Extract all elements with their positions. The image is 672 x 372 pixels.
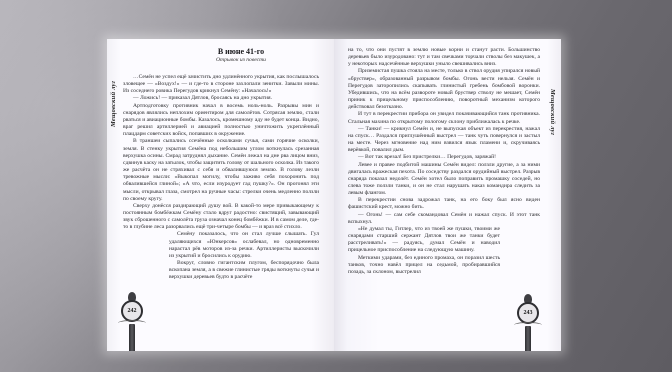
- paragraph: Приземистая пушка стояла на месте, тольк…: [348, 68, 540, 111]
- paragraph: …Семён не успел ещё зачистить дно удлинё…: [123, 74, 319, 95]
- page-number: 243: [517, 302, 539, 324]
- page-number-emblem-right: 243: [517, 294, 539, 351]
- paragraph: В перекрестии снова задрожал танк, на ег…: [348, 197, 540, 211]
- emblem-sword-icon: [129, 324, 135, 351]
- chapter-title: В июне 41-го: [163, 47, 319, 57]
- book-spread: Мещовский луг В июне 41-го Отрывок из по…: [107, 39, 561, 351]
- paragraph: — Ложись! — приказал Дятлов, бросаясь на…: [123, 95, 319, 102]
- paragraph: — Танки! — крикнул Семён и, не выпуская …: [348, 126, 540, 155]
- paragraph: И тут в перекрестии прибора он увидел по…: [348, 111, 540, 125]
- left-page-text: В июне 41-го Отрывок из повести …Семён н…: [123, 47, 319, 282]
- running-head-right: Мещовский луг: [549, 89, 556, 134]
- emblem-sword-icon: [525, 326, 531, 351]
- paragraph: Левее и правее подбитой машины Семён вид…: [348, 162, 540, 198]
- paragraph: — Вот так врезал! Без пристрелки… Перегу…: [348, 154, 540, 161]
- page-number: 242: [121, 300, 143, 322]
- chapter-subtitle: Отрывок из повести: [163, 57, 319, 64]
- paragraph: на то, что они пустят в землю новые корн…: [348, 47, 540, 68]
- paragraph: В траншеи сыпались ссечённые осколками с…: [123, 138, 319, 202]
- paragraph: Артподготовку противник начал в восемь н…: [123, 103, 319, 139]
- paragraph: Семёну показалось, что он стал лучше слы…: [169, 231, 319, 260]
- right-page-text: на то, что они пустят в землю новые корн…: [348, 47, 540, 276]
- paragraph: Меткими ударами, без единого промаха, он…: [348, 255, 500, 276]
- right-page: Мещовский луг на то, что они пустят в зе…: [334, 39, 561, 351]
- left-page: Мещовский луг В июне 41-го Отрывок из по…: [107, 39, 334, 351]
- paragraph: «Не думал ты, Гитлер, что из твоей же пу…: [348, 226, 500, 255]
- paragraph: — Огонь! — сам себе скомандовал Семён и …: [348, 212, 540, 226]
- page-number-emblem-left: 242: [121, 292, 143, 351]
- paragraph: Сверху донёсся раздирающий душу вой. В к…: [123, 203, 319, 232]
- paragraph: Вокруг, словно гигантским плугом, беспор…: [169, 260, 319, 281]
- running-head-left: Мещовский луг: [110, 81, 117, 127]
